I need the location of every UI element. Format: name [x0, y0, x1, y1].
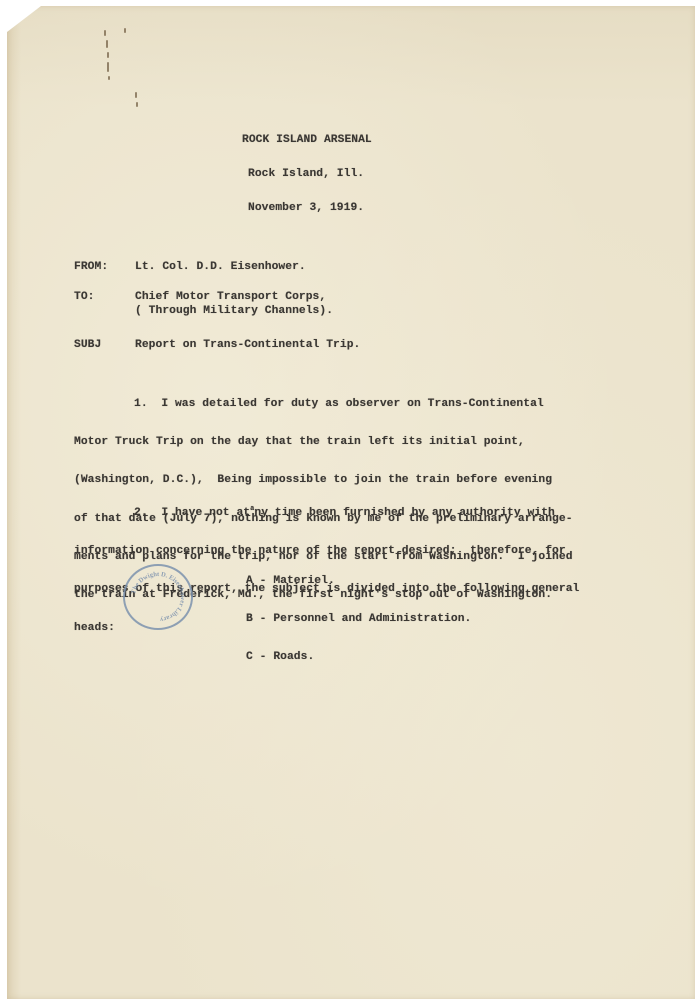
letterhead-location: Rock Island, Ill. — [248, 168, 364, 180]
from-label: FROM: — [74, 261, 108, 273]
rust-mark — [107, 52, 109, 58]
letterhead-date: November 3, 1919. — [248, 202, 364, 214]
rust-mark — [104, 30, 106, 36]
subj-value: Report on Trans-Continental Trip. — [135, 339, 360, 351]
rust-mark — [108, 76, 110, 80]
from-value: Lt. Col. D.D. Eisenhower. — [135, 261, 306, 273]
paragraph-2-text: 2. I have not at — [134, 507, 250, 519]
rust-mark — [106, 40, 108, 48]
to-value-line2: ( Through Military Channels). — [135, 305, 333, 317]
head-item-c: C - Roads. — [246, 650, 471, 664]
library-stamp: The Dwight D. Eisenhower Library — [123, 564, 193, 630]
head-item-b: B - Personnel and Administration. — [246, 612, 471, 626]
rust-mark — [107, 62, 109, 72]
paragraph-2-line: 2. I have not atany time been furnished … — [74, 506, 579, 520]
rust-mark — [136, 102, 138, 107]
heads-list: A - Materiel. B - Personnel and Administ… — [246, 550, 471, 677]
to-label: TO: — [74, 291, 95, 303]
stamp-ring-text-icon: The Dwight D. Eisenhower Library — [123, 564, 193, 630]
rust-mark — [135, 92, 137, 98]
letterhead-organization: ROCK ISLAND ARSENAL — [242, 134, 372, 146]
paragraph-1-line: 1. I was detailed for duty as observer o… — [74, 397, 573, 411]
head-item-a: A - Materiel. — [246, 574, 471, 588]
torn-corner — [7, 6, 41, 32]
rust-mark — [124, 28, 126, 33]
paragraph-1-line: Motor Truck Trip on the day that the tra… — [74, 435, 573, 449]
stamp-text: The Dwight D. Eisenhower Library — [130, 571, 186, 623]
paragraph-2-text: ny time been furnished by any authority … — [254, 507, 555, 519]
subj-label: SUBJ — [74, 339, 101, 351]
to-value-line1: Chief Motor Transport Corps, — [135, 291, 326, 303]
svg-text:The Dwight D. Eisenhower Libra: The Dwight D. Eisenhower Library — [130, 571, 186, 623]
